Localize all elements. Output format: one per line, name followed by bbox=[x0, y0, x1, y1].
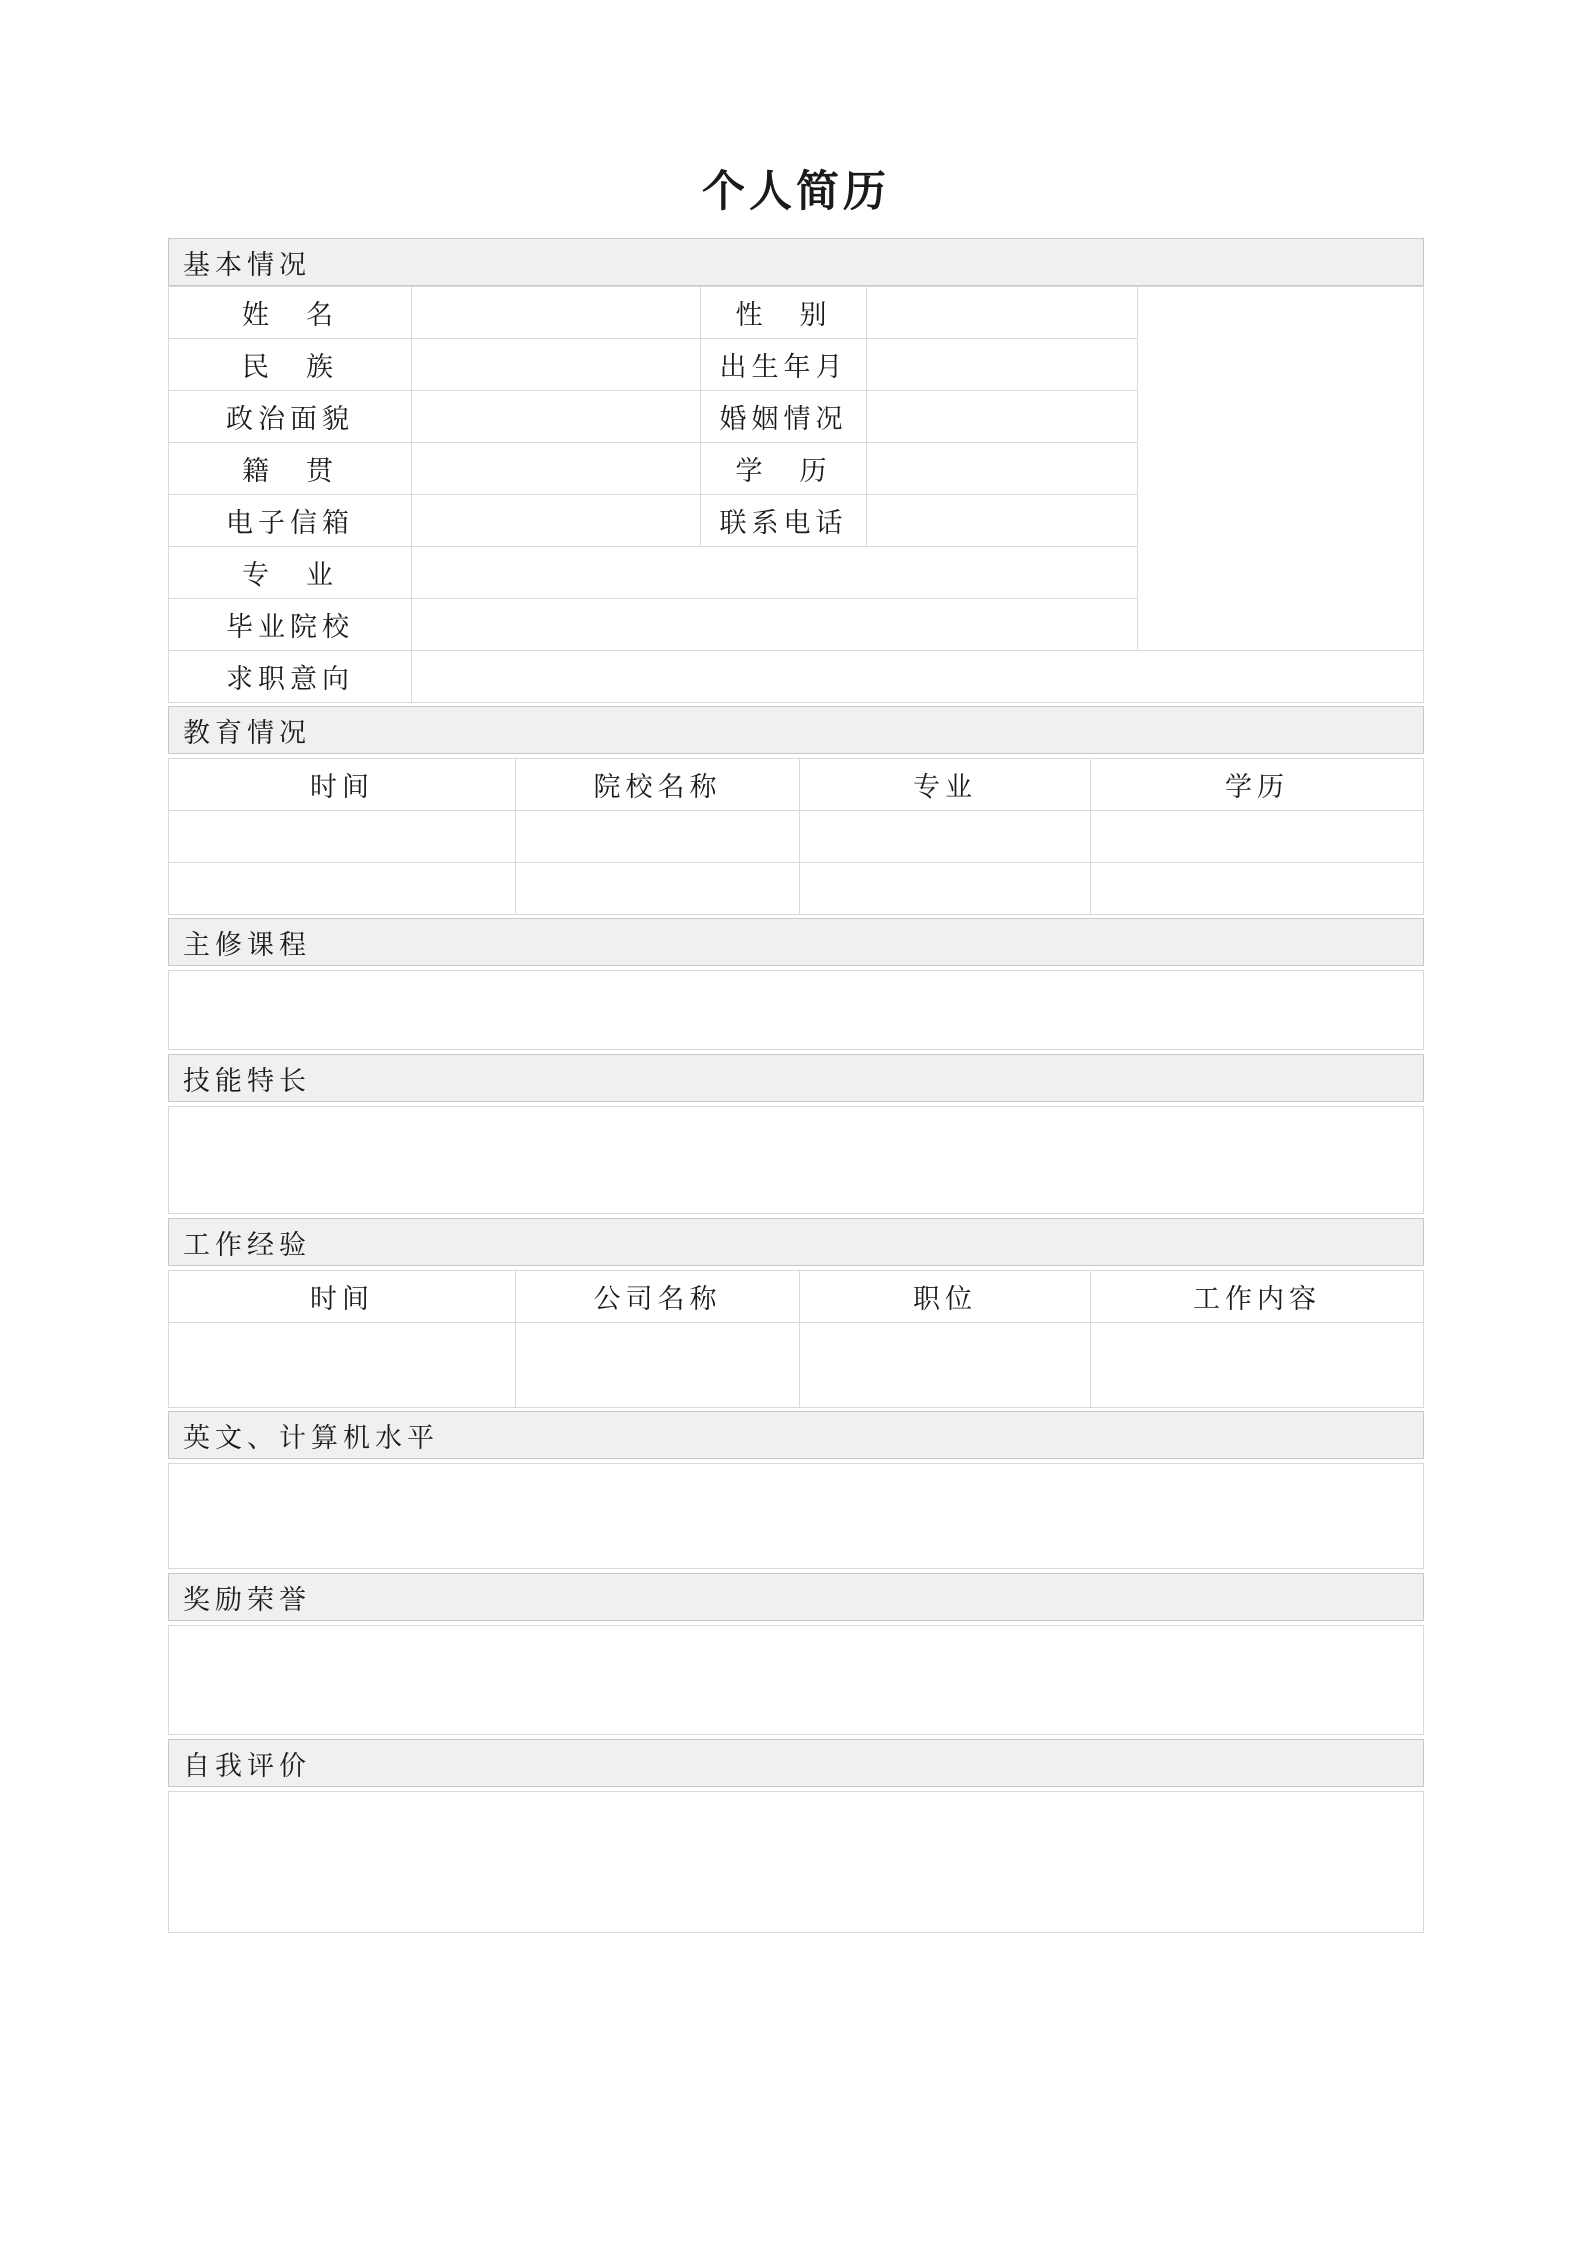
education-cell bbox=[1091, 811, 1423, 862]
field-label-email: 电子信箱 bbox=[169, 495, 411, 546]
field-value-ethnicity bbox=[412, 339, 700, 390]
field-value-political-status bbox=[412, 391, 700, 442]
work-experience-table: 时间 公司名称 职位 工作内容 bbox=[168, 1270, 1424, 1408]
work-col-position: 职位 bbox=[800, 1271, 1090, 1322]
section-header-courses: 主修课程 bbox=[168, 918, 1424, 966]
resume-page: 个人简历 基本情况 姓 名 性 别 民 族 出生年月 政治面貌 婚姻情况 籍 贯… bbox=[0, 0, 1587, 2245]
skills-content bbox=[168, 1106, 1424, 1214]
work-cell bbox=[169, 1323, 515, 1407]
section-header-work: 工作经验 bbox=[168, 1218, 1424, 1266]
work-col-time: 时间 bbox=[169, 1271, 515, 1322]
field-label-native-place: 籍 贯 bbox=[169, 443, 411, 494]
education-cell bbox=[169, 811, 515, 862]
field-value-job-intention bbox=[412, 651, 1423, 702]
section-header-awards-label: 奖励荣誉 bbox=[183, 1578, 311, 1617]
field-label-marital-status: 婚姻情况 bbox=[701, 391, 866, 442]
work-cell bbox=[516, 1323, 799, 1407]
field-value-major bbox=[412, 547, 1137, 598]
work-col-company: 公司名称 bbox=[516, 1271, 799, 1322]
education-col-time: 时间 bbox=[169, 759, 515, 810]
section-header-work-label: 工作经验 bbox=[183, 1223, 311, 1262]
work-cell bbox=[800, 1323, 1090, 1407]
section-header-english-computer-label: 英文、计算机水平 bbox=[183, 1416, 439, 1455]
education-cell bbox=[800, 863, 1090, 914]
field-label-gender: 性 别 bbox=[701, 287, 866, 338]
field-label-name: 姓 名 bbox=[169, 287, 411, 338]
section-header-education: 教育情况 bbox=[168, 706, 1424, 754]
field-value-degree bbox=[867, 443, 1137, 494]
education-col-degree: 学历 bbox=[1091, 759, 1423, 810]
field-label-birth-date: 出生年月 bbox=[701, 339, 866, 390]
education-col-major: 专业 bbox=[800, 759, 1090, 810]
field-label-political-status: 政治面貌 bbox=[169, 391, 411, 442]
field-label-major: 专 业 bbox=[169, 547, 411, 598]
field-value-marital-status bbox=[867, 391, 1137, 442]
section-header-english-computer: 英文、计算机水平 bbox=[168, 1411, 1424, 1459]
field-value-phone bbox=[867, 495, 1137, 546]
education-cell bbox=[516, 811, 799, 862]
field-label-job-intention: 求职意向 bbox=[169, 651, 411, 702]
section-header-basic: 基本情况 bbox=[168, 238, 1424, 286]
work-col-duties: 工作内容 bbox=[1091, 1271, 1423, 1322]
english-computer-content bbox=[168, 1463, 1424, 1569]
photo-cell bbox=[1138, 287, 1423, 650]
education-cell bbox=[169, 863, 515, 914]
field-value-email bbox=[412, 495, 700, 546]
education-col-school: 院校名称 bbox=[516, 759, 799, 810]
section-header-self-evaluation: 自我评价 bbox=[168, 1739, 1424, 1787]
field-value-name bbox=[412, 287, 700, 338]
field-value-native-place bbox=[412, 443, 700, 494]
section-header-skills: 技能特长 bbox=[168, 1054, 1424, 1102]
field-value-birth-date bbox=[867, 339, 1137, 390]
section-header-basic-label: 基本情况 bbox=[183, 243, 311, 282]
field-value-gender bbox=[867, 287, 1137, 338]
section-header-courses-label: 主修课程 bbox=[183, 923, 311, 962]
education-cell bbox=[800, 811, 1090, 862]
section-header-skills-label: 技能特长 bbox=[183, 1059, 311, 1098]
section-header-awards: 奖励荣誉 bbox=[168, 1573, 1424, 1621]
field-label-degree: 学 历 bbox=[701, 443, 866, 494]
basic-info-table: 姓 名 性 别 民 族 出生年月 政治面貌 婚姻情况 籍 贯 学 历 电子信箱 … bbox=[168, 286, 1424, 703]
field-value-graduate-school bbox=[412, 599, 1137, 650]
field-label-graduate-school: 毕业院校 bbox=[169, 599, 411, 650]
work-cell bbox=[1091, 1323, 1423, 1407]
section-header-self-evaluation-label: 自我评价 bbox=[183, 1744, 311, 1783]
courses-content bbox=[168, 970, 1424, 1050]
field-label-phone: 联系电话 bbox=[701, 495, 866, 546]
awards-content bbox=[168, 1625, 1424, 1735]
field-label-ethnicity: 民 族 bbox=[169, 339, 411, 390]
page-title: 个人简历 bbox=[168, 158, 1424, 219]
section-header-education-label: 教育情况 bbox=[183, 711, 311, 750]
education-table: 时间 院校名称 专业 学历 bbox=[168, 758, 1424, 915]
education-cell bbox=[516, 863, 799, 914]
self-evaluation-content bbox=[168, 1791, 1424, 1933]
education-cell bbox=[1091, 863, 1423, 914]
